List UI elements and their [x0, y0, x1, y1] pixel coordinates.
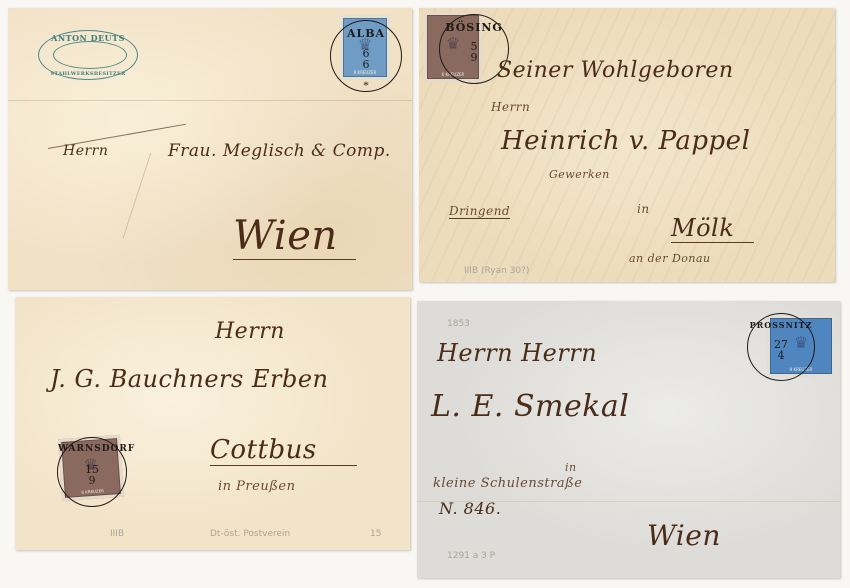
- address-line-4: Gewerken: [549, 168, 610, 181]
- address-line-2: J. G. Bauchners Erben: [50, 365, 328, 393]
- address-line-5: N. 846.: [439, 499, 501, 518]
- address-line-1: Seiner Wohlgeboren: [497, 58, 734, 83]
- letter-covers-photo: ANTON DEUTS STAHLWERKSBESITZER ♛ 9 KREUZ…: [0, 0, 850, 588]
- address-line-1: Herrn: [63, 143, 108, 159]
- address-line-3: Cottbus: [210, 435, 357, 466]
- cover-bottom-left: Herrn J. G. Bauchners Erben Cottbus in P…: [15, 297, 410, 550]
- address-line-3: Wien: [233, 213, 356, 260]
- postmark-town: PROSSNITZ: [748, 320, 814, 330]
- pencil-oval-stroke: [123, 153, 152, 239]
- address-line-3: Heinrich v. Pappel: [501, 126, 750, 156]
- pencil-note-left: IIIB: [110, 529, 124, 539]
- address-line-4: kleine Schulenstraße: [433, 476, 582, 491]
- postmark-town: ALBA: [331, 27, 401, 40]
- address-line-1: Herrn: [215, 319, 285, 344]
- cover-bottom-right: 1853 ♛ 9 KREUZER PROSSNITZ 27 4 Herrn He…: [417, 301, 840, 578]
- postmark-prossnitz: PROSSNITZ 27 4: [747, 313, 815, 381]
- address-line-7: an der Donau: [629, 252, 711, 265]
- cachet-subtitle: STAHLWERKSBESITZER: [39, 71, 137, 77]
- address-line-5: in: [637, 202, 650, 216]
- address-line-2: Herrn: [491, 100, 530, 114]
- postmark-town: BÖSING: [440, 21, 508, 34]
- postmark-date: 6 6: [331, 48, 401, 70]
- address-line-6: Mölk: [671, 214, 754, 243]
- postmark-date: 15 9: [58, 464, 126, 486]
- address-line-4: in Preußen: [218, 479, 295, 494]
- pencil-note-right: 15: [370, 529, 381, 539]
- pencil-note-year: 1853: [447, 319, 470, 329]
- fold-line: [8, 100, 412, 101]
- postmark-warnsdorf: WARNSDORF 15 9: [57, 437, 127, 507]
- address-line-6: Wien: [647, 519, 721, 552]
- pencil-catalog-note: IIIB (Ryan 30?): [464, 266, 529, 276]
- cachet-name: ANTON DEUTS: [39, 33, 137, 43]
- cover-top-right: ♛ 6 KREUZER BÖSING 5 9 Seiner Wohlgebore…: [419, 8, 835, 282]
- side-note: Dringend: [449, 204, 510, 219]
- sender-cachet: ANTON DEUTS STAHLWERKSBESITZER: [38, 30, 138, 80]
- postmark-date: 27 4: [748, 339, 814, 361]
- cover-top-left: ANTON DEUTS STAHLWERKSBESITZER ♛ 9 KREUZ…: [8, 8, 412, 290]
- postmark-town: WARNSDORF: [58, 444, 126, 454]
- address-line-3: in: [565, 461, 577, 474]
- cachet-inner-oval: [53, 41, 127, 69]
- pencil-note-center: Dt-öst. Postverein: [210, 529, 290, 539]
- address-line-2: Frau. Meglisch & Comp.: [168, 141, 391, 161]
- address-line-2: L. E. Smekal: [431, 389, 629, 424]
- postmark-star: *: [331, 78, 401, 93]
- address-line-1: Herrn Herrn: [437, 339, 597, 367]
- postmark-alba: ALBA 6 6 *: [330, 20, 402, 92]
- pencil-note-bottom: 1291 a 3 P: [447, 551, 495, 561]
